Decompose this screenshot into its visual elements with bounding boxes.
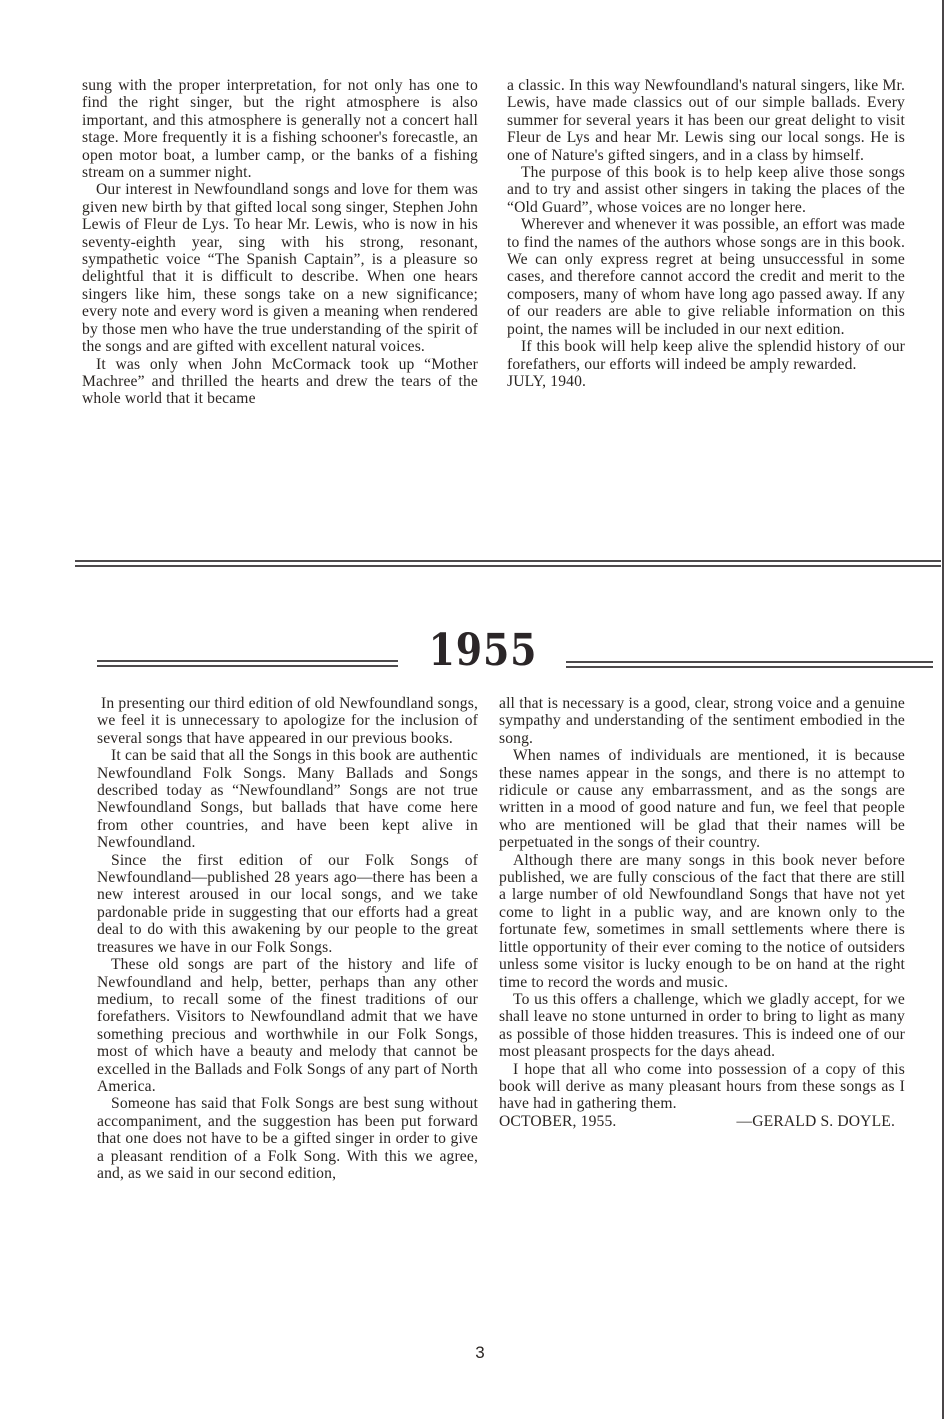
preface-1955-left-column: In presenting our third edition of old N… (97, 695, 478, 1182)
paragraph: If this book will help keep alive the sp… (507, 338, 905, 373)
paragraph: all that is necessary is a good, clear, … (499, 695, 905, 747)
section-divider-double-rule (75, 560, 941, 567)
paragraph: a classic. In this way Newfoundland's na… (507, 77, 905, 164)
section-heading-1955: 1955 (422, 624, 544, 678)
author-signature: —GERALD S. DOYLE. (737, 1113, 895, 1130)
dateline-1955: OCTOBER, 1955. (499, 1113, 616, 1130)
paragraph: These old songs are part of the history … (97, 956, 478, 1095)
paragraph: I hope that all who come into possession… (499, 1061, 905, 1113)
paragraph: In presenting our third edition of old N… (97, 695, 478, 747)
paragraph: Although there are many songs in this bo… (499, 852, 905, 991)
paragraph: The purpose of this book is to help keep… (507, 164, 905, 216)
paragraph: Wherever and whenever it was possible, a… (507, 216, 905, 338)
paragraph: To us this offers a challenge, which we … (499, 991, 905, 1061)
heading-rule-left (97, 660, 398, 667)
paragraph: Someone has said that Folk Songs are bes… (97, 1095, 478, 1182)
paragraph: When names of individuals are mentioned,… (499, 747, 905, 851)
paragraph: It can be said that all the Songs in thi… (97, 747, 478, 851)
preface-1955-right-column: all that is necessary is a good, clear, … (499, 695, 905, 1130)
preface-1940-left-column: sung with the proper interpretation, for… (82, 77, 478, 408)
dateline-1940: JULY, 1940. (507, 373, 905, 390)
page-number: 3 (470, 1343, 490, 1363)
paragraph: Our interest in Newfoundland songs and l… (82, 181, 478, 355)
signature-line: OCTOBER, 1955. —GERALD S. DOYLE. (499, 1113, 905, 1130)
paragraph: Since the first edition of our Folk Song… (97, 852, 478, 956)
page-edge-border (942, 0, 944, 1419)
paragraph: It was only when John McCormack took up … (82, 356, 478, 408)
preface-1940-right-column: a classic. In this way Newfoundland's na… (507, 77, 905, 390)
paragraph: sung with the proper interpretation, for… (82, 77, 478, 181)
heading-rule-right (566, 661, 933, 668)
